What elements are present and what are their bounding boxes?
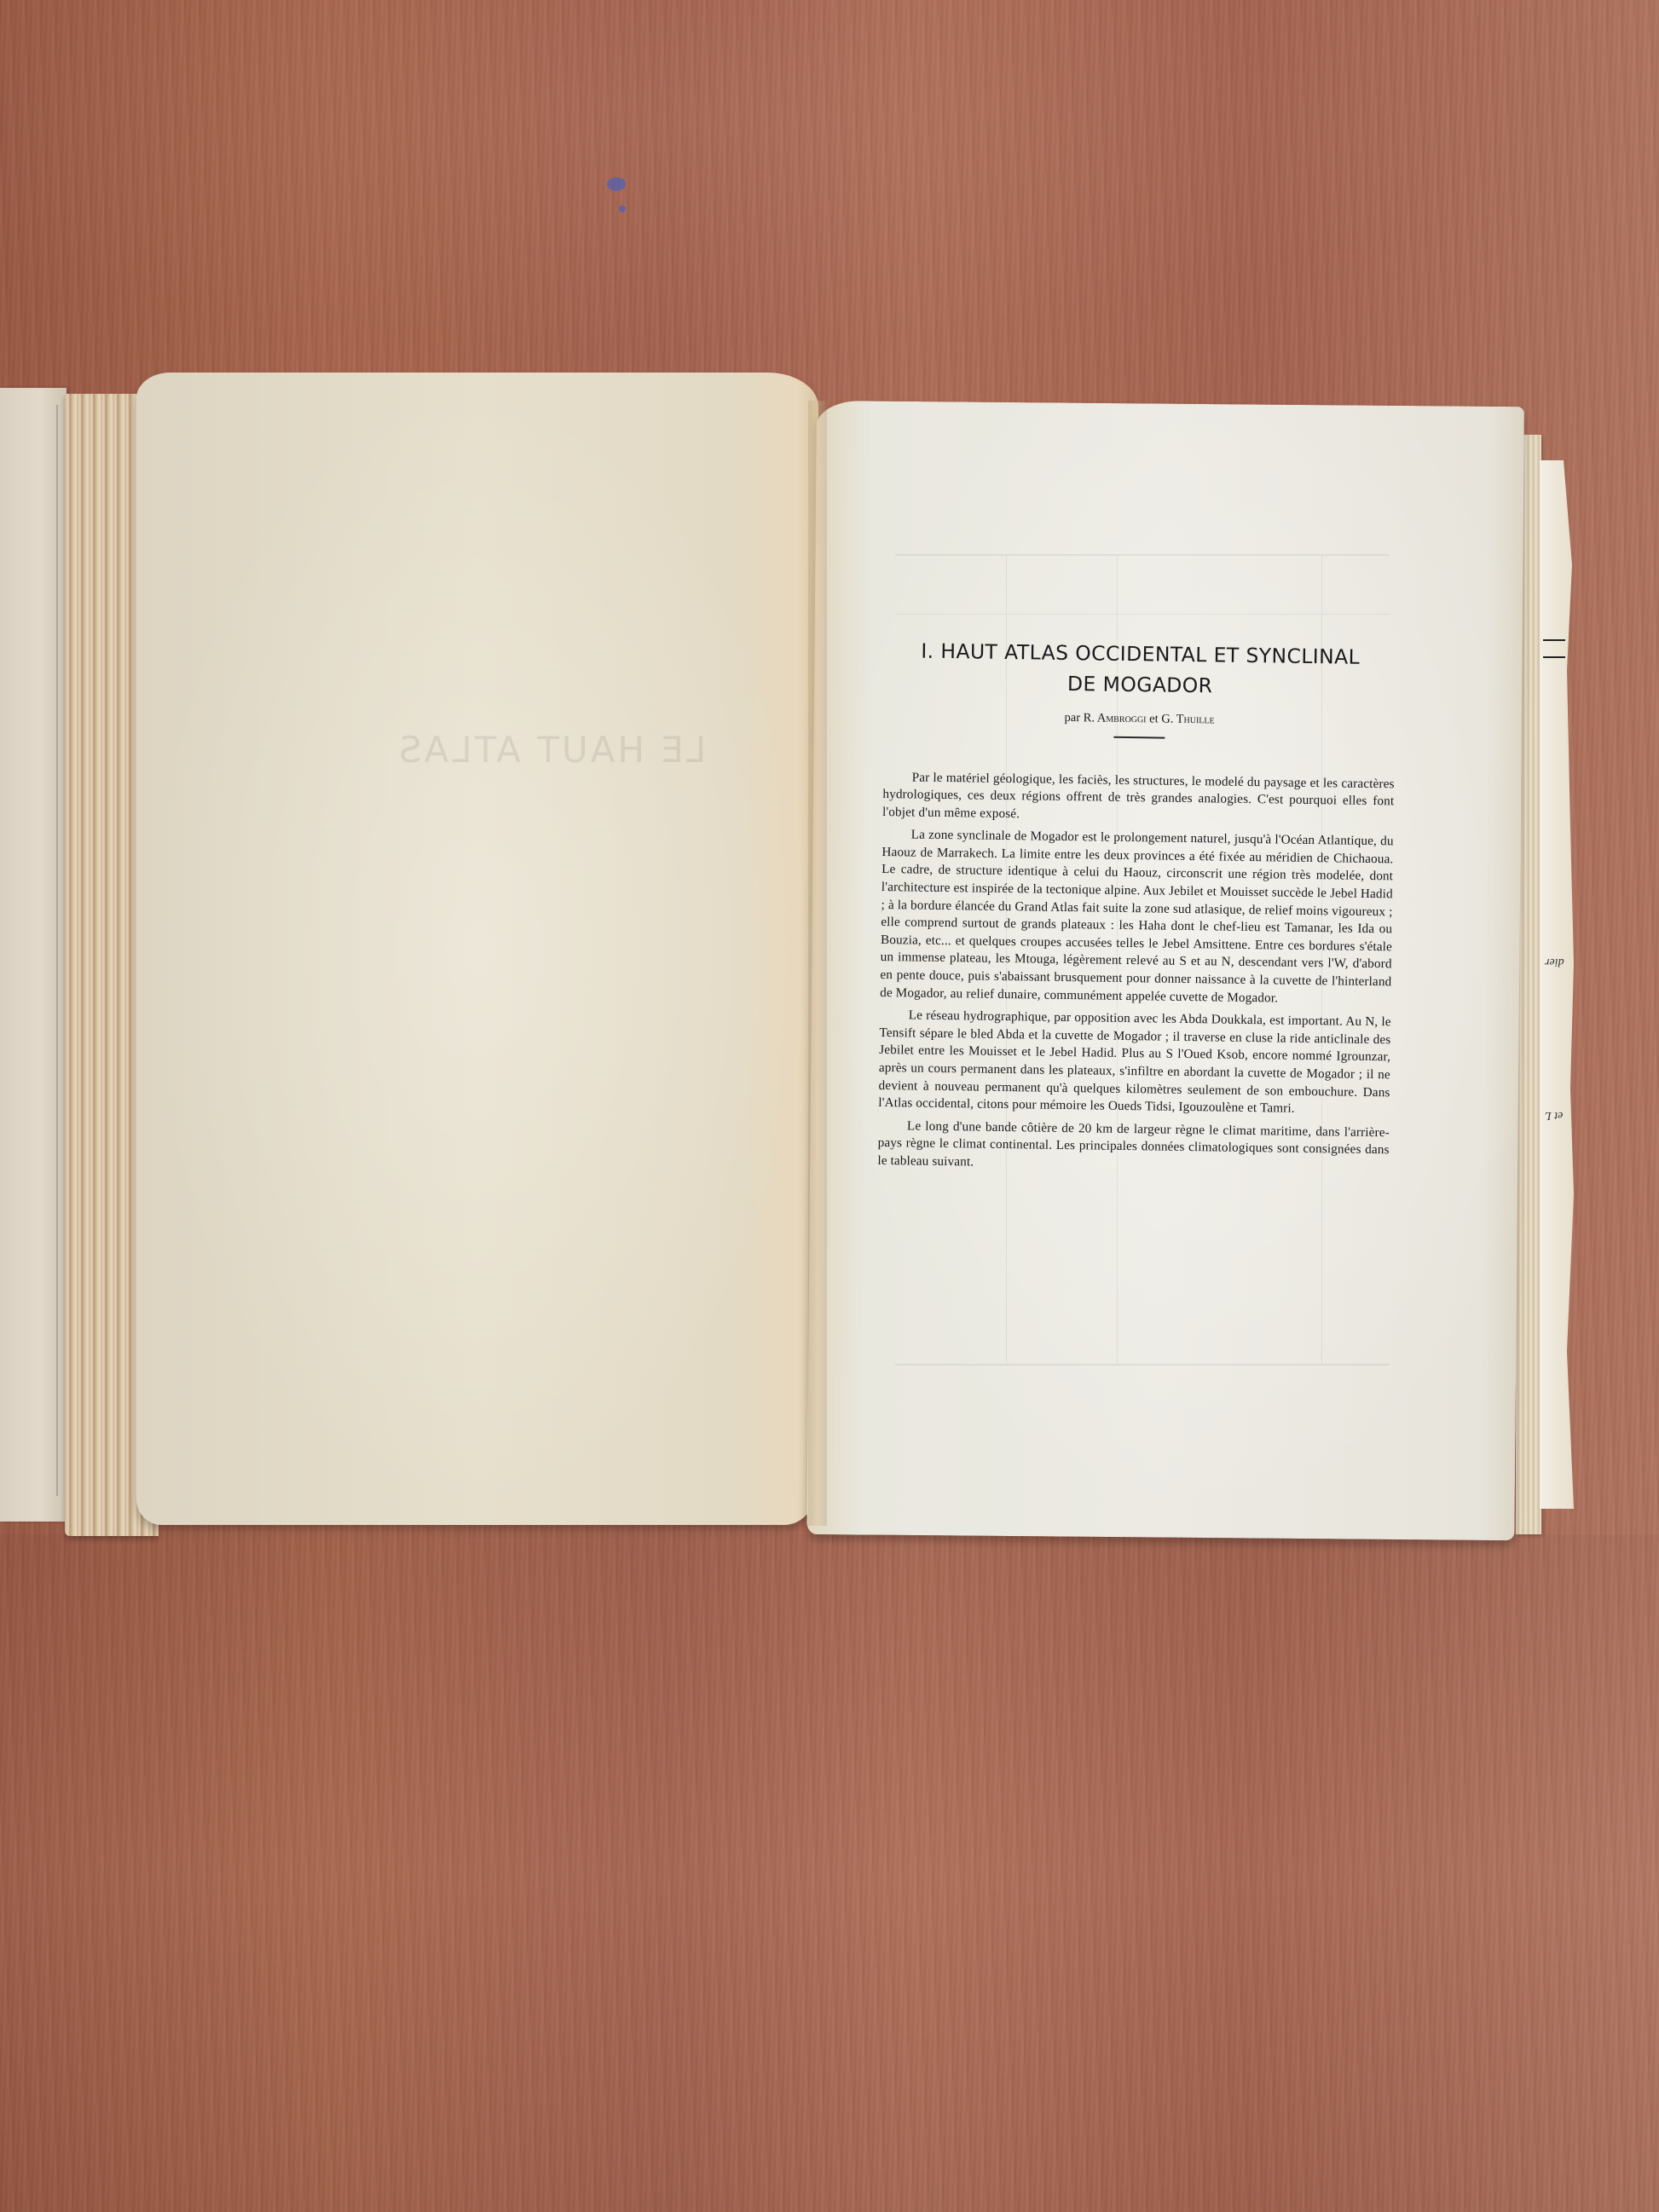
map-insert-edge: dier et L bbox=[1540, 460, 1574, 1509]
insert-line bbox=[1543, 656, 1565, 658]
book-cover-left bbox=[0, 388, 66, 1522]
title-line-1: I. HAUT ATLAS OCCIDENTAL ET SYNCLINAL bbox=[921, 639, 1360, 669]
wood-table-lower bbox=[0, 1534, 1659, 2212]
paragraph-synclinal-zone: La zone synclinale de Mogador est le pro… bbox=[880, 826, 1394, 1008]
byline: par R. Ambroggi et G. Thuille bbox=[884, 708, 1396, 730]
insert-text-fragment: dier bbox=[1545, 955, 1564, 968]
author-2: G. Thuille bbox=[1161, 713, 1215, 727]
wood-table-highlight bbox=[0, 0, 1659, 392]
book-gutter bbox=[808, 401, 827, 1526]
insert-line bbox=[1543, 639, 1565, 641]
title-rule bbox=[1113, 736, 1165, 738]
byline-conjunction: et bbox=[1149, 712, 1159, 725]
article-body: Par le matériel géologique, les faciès, … bbox=[877, 768, 1395, 1176]
byline-prefix: par bbox=[1064, 711, 1080, 725]
paragraph-climate: Le long d'une bande côtière de 20 km de … bbox=[877, 1118, 1390, 1177]
paragraph-intro: Par le matériel géologique, les faciès, … bbox=[882, 768, 1395, 828]
show-through-title: LE HAUT ATLAS bbox=[396, 729, 706, 771]
author-1: R. Ambroggi bbox=[1084, 711, 1147, 725]
paragraph-hydrography: Le réseau hydrographique, par opposition… bbox=[878, 1007, 1391, 1119]
title-line-2: DE MOGADOR bbox=[1067, 672, 1213, 697]
article: I. HAUT ATLAS OCCIDENTAL ET SYNCLINAL DE… bbox=[877, 635, 1396, 1182]
cover-ruler-line bbox=[56, 405, 58, 1496]
insert-text-fragment: et L bbox=[1545, 1108, 1563, 1122]
ink-stain-small bbox=[619, 205, 626, 212]
article-title: I. HAUT ATLAS OCCIDENTAL ET SYNCLINAL DE… bbox=[884, 635, 1396, 703]
left-page bbox=[136, 373, 818, 1525]
ink-stain bbox=[607, 177, 626, 191]
